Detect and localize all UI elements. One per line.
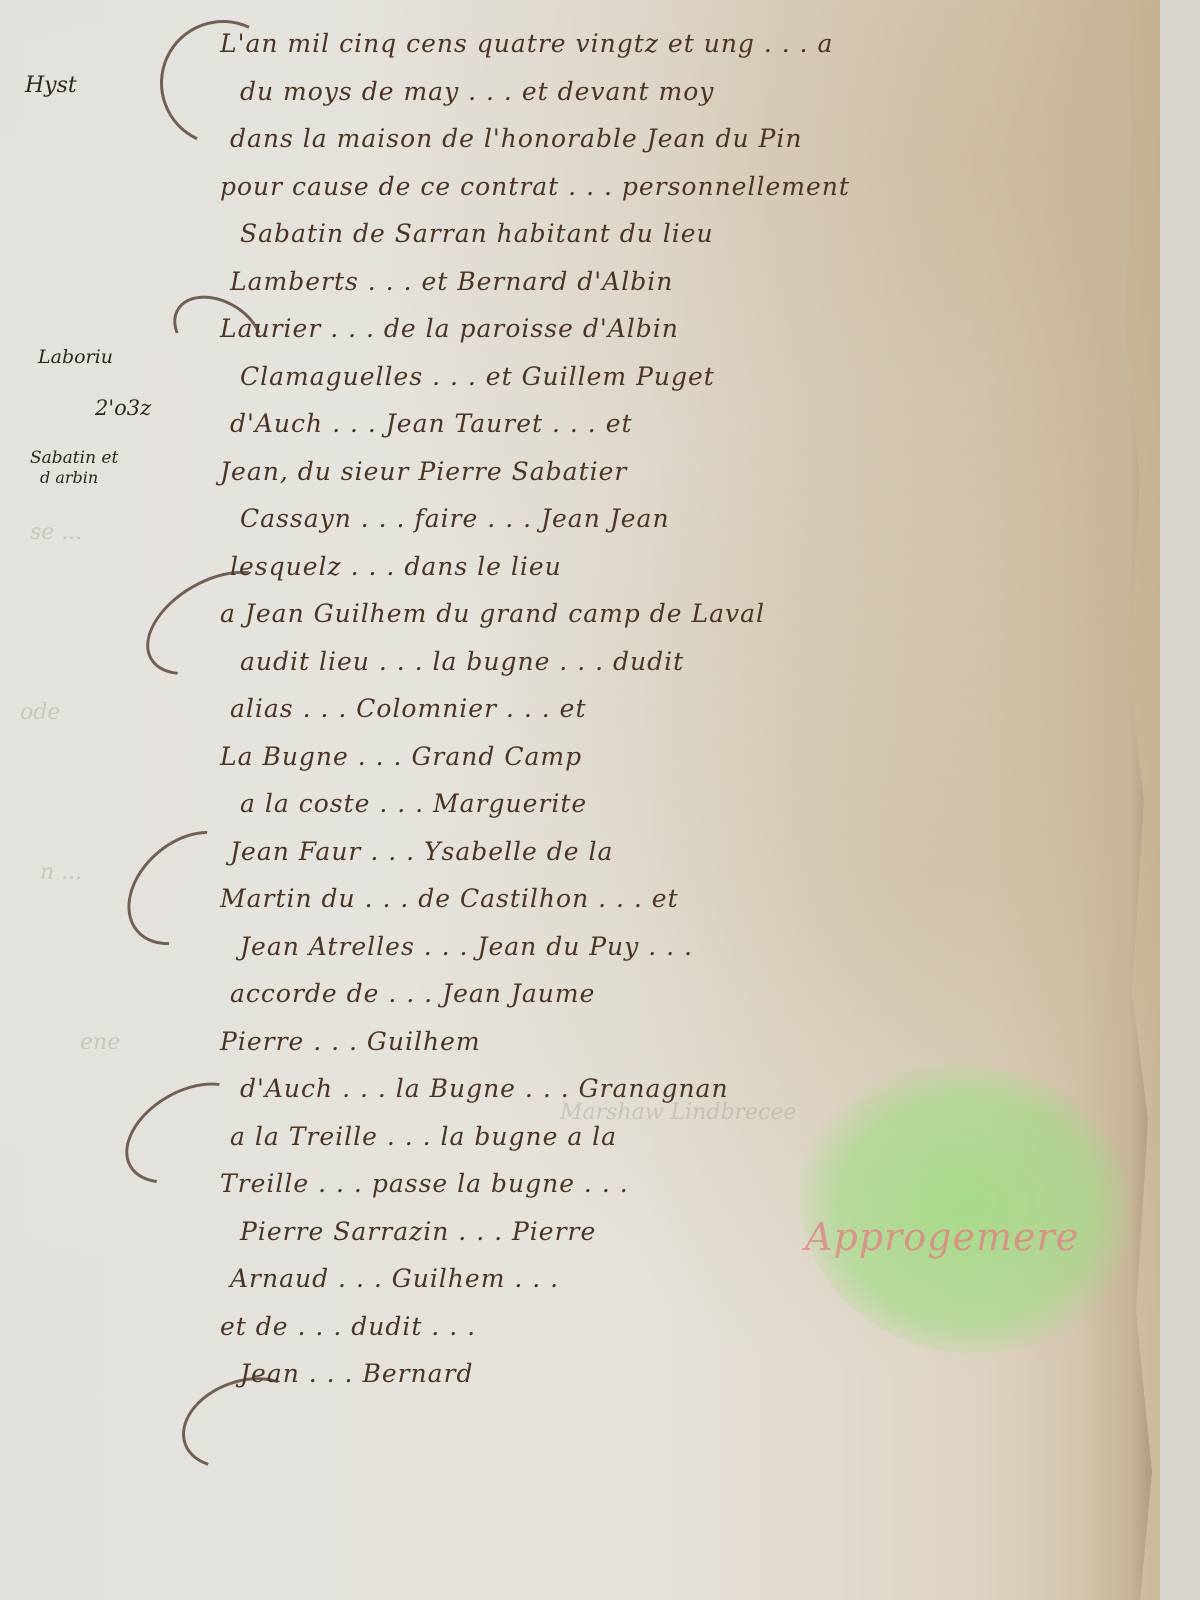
manuscript-line: audit lieu . . . la bugne . . . dudit — [150, 638, 1140, 686]
margin-note: d arbin — [40, 470, 98, 486]
manuscript-line: Lamberts . . . et Bernard d'Albin — [150, 258, 1140, 306]
margin-note: Sabatin et — [30, 450, 118, 467]
manuscript-line: alias . . . Colomnier . . . et — [150, 685, 1140, 733]
manuscript-line: a Jean Guilhem du grand camp de Laval — [150, 590, 1140, 638]
manuscript-line: du moys de may . . . et devant moy — [150, 68, 1140, 116]
manuscript-line: d'Auch . . . Jean Tauret . . . et — [150, 400, 1140, 448]
manuscript-line: La Bugne . . . Grand Camp — [150, 733, 1140, 781]
manuscript-line: Laurier . . . de la paroisse d'Albin — [150, 305, 1140, 353]
manuscript-line: Pierre . . . Guilhem — [150, 1018, 1140, 1066]
manuscript-line: accorde de . . . Jean Jaume — [150, 970, 1140, 1018]
manuscript-line: a la coste . . . Marguerite — [150, 780, 1140, 828]
manuscript-line: Jean Faur . . . Ysabelle de la — [150, 828, 1140, 876]
watermark-text: Approgemere — [805, 1215, 1079, 1259]
show-through-text: n ... — [40, 860, 82, 885]
show-through-text: ene — [80, 1030, 120, 1055]
manuscript-line: dans la maison de l'honorable Jean du Pi… — [150, 115, 1140, 163]
manuscript-line: Jean . . . Bernard — [150, 1350, 1140, 1398]
show-through-text: se ... — [30, 520, 82, 545]
manuscript-page: se ... ode n ... Marshaw Lindbrecee ene … — [0, 0, 1160, 1600]
manuscript-line: lesquelz . . . dans le lieu — [150, 543, 1140, 591]
manuscript-line: Sabatin de Sarran habitant du lieu — [150, 210, 1140, 258]
margin-note: 2'o3z — [95, 398, 151, 419]
manuscript-line: Jean, du sieur Pierre Sabatier — [150, 448, 1140, 496]
manuscript-line: Cassayn . . . faire . . . Jean Jean — [150, 495, 1140, 543]
manuscript-line: L'an mil cinq cens quatre vingtz et ung … — [150, 20, 1140, 68]
manuscript-line: Clamaguelles . . . et Guillem Puget — [150, 353, 1140, 401]
manuscript-line: Jean Atrelles . . . Jean du Puy . . . — [150, 923, 1140, 971]
manuscript-line: pour cause de ce contrat . . . personnel… — [150, 163, 1140, 211]
margin-note: Hyst — [25, 75, 77, 97]
margin-note: Laboriu — [38, 348, 113, 367]
show-through-text: ode — [20, 700, 60, 725]
manuscript-line: Martin du . . . de Castilhon . . . et — [150, 875, 1140, 923]
